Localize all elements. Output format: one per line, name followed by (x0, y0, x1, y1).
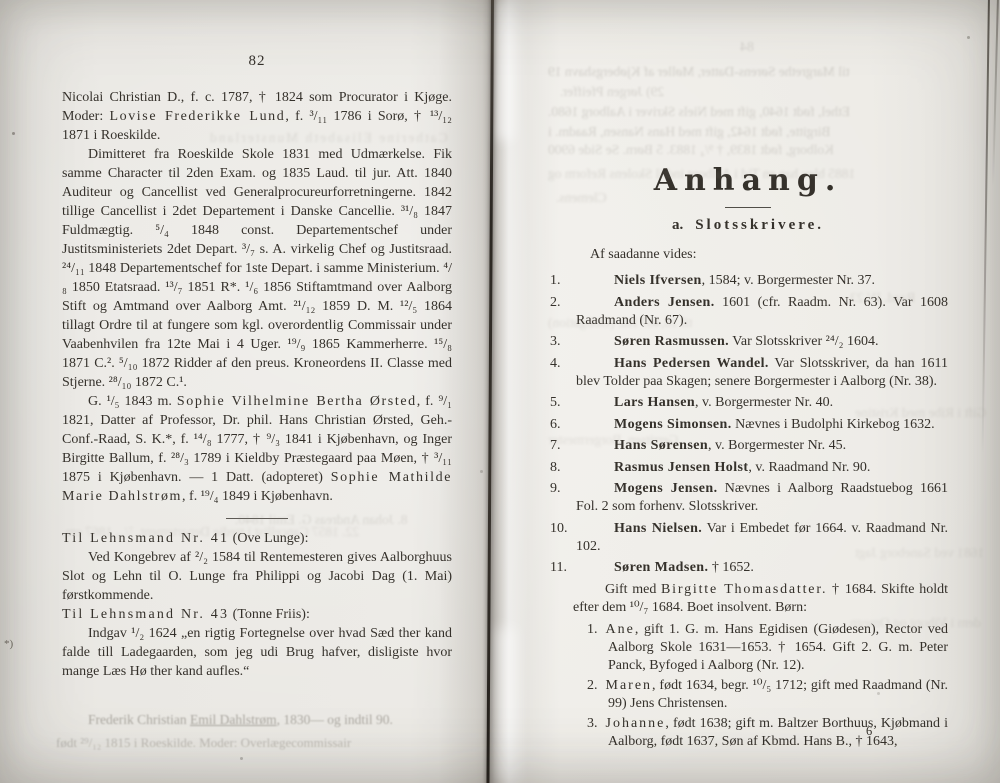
bleed-through-line: Kolborg, født 1839, † ⁹/₄ 1883. 5 Børn. … (548, 142, 834, 158)
item-name: Hans Pedersen Wandel. (614, 356, 769, 371)
item-name: Niels Ifversen (614, 273, 702, 288)
paragraph-text: , f. ¹⁹/₄ 1849 i Kjøbenhavn. (182, 489, 333, 504)
entry-11-detail: Gift med Birgitte Thomasdatter. † 1684. … (548, 581, 948, 617)
list-item: 3.Søren Rasmussen. Var Slotsskriver ²⁴/₂… (548, 333, 948, 351)
subheading-label: a. (672, 217, 683, 233)
item-text: , 1584; v. Borgermester Nr. 37. (702, 273, 875, 288)
subheading-text: Slotsskrivere. (695, 217, 824, 233)
heading-spaced-text: Til Lehnsmand Nr. 41 (62, 531, 229, 546)
title-rule (725, 207, 771, 208)
heading-spaced-text: Til Lehnsmand Nr. 43 (62, 607, 229, 622)
item-number: 8. (550, 459, 561, 477)
list-item: 11.Søren Madsen. † 1652. (548, 559, 948, 577)
sub-list-item: 1.Ane, gift 1. G. m. Hans Egidisen (Giød… (548, 621, 948, 675)
paragraph-career: Dimitteret fra Roeskilde Skole 1831 med … (62, 145, 452, 392)
item-name: Hans Nielsen. (614, 521, 702, 536)
page-edge-line (982, 0, 990, 454)
gutter-highlight-bottom (497, 628, 515, 783)
gutter-highlight-top (497, 0, 513, 140)
person-name: Sophie Vilhelmine Bertha Ørsted (177, 394, 417, 409)
list-item: 5.Lars Hansen, v. Borgermester Nr. 40. (548, 394, 948, 412)
item-name: Mogens Simonsen. (614, 417, 732, 432)
item-number: 7. (550, 437, 561, 455)
item-name: Hans Sørensen (614, 438, 708, 453)
item-name: Rasmus Jensen Holst (614, 460, 748, 475)
page-edge-line-2 (992, 0, 999, 186)
list-item: 8.Rasmus Jensen Holst, v. Raadmand Nr. 9… (548, 459, 948, 477)
item-name: Mogens Jensen. (614, 481, 717, 496)
chapter-title: Anhang. (548, 163, 948, 199)
sub-list-item: 3.Johanne, født 1638; gift m. Baltzer Bo… (548, 715, 948, 751)
person-name: Birgitte Thomasdatter. (661, 582, 827, 597)
item-number: 5. (550, 394, 561, 412)
item-number: 6. (550, 416, 561, 434)
heading-rest-text: (Ove Lunge): (229, 531, 308, 546)
item-name: Søren Madsen. (614, 560, 708, 575)
section-body-lehnsmand-43: Indgav ¹/₂ 1624 „en rigtig Fortegnelse o… (62, 624, 452, 681)
section-heading-lehnsmand-41: Til Lehnsmand Nr. 41 (Ove Lunge): (62, 529, 452, 548)
item-text: , v. Borgermester Nr. 45. (708, 438, 846, 453)
section-divider-rule (226, 518, 288, 519)
item-name: Søren Rasmussen. (614, 334, 729, 349)
item-number: 3. (587, 716, 598, 731)
paragraph-marriage: G. ¹/₅ 1843 m. Sophie Vilhelmine Bertha … (62, 392, 452, 506)
bleed-through-line: til Margrethe Sørens-Datter, Møller af K… (548, 64, 850, 80)
bleed-through-line: 29) Jørgen Pfeiffer. (560, 84, 664, 100)
item-number: 11. (550, 559, 567, 577)
section-heading-lehnsmand-43: Til Lehnsmand Nr. 43 (Tonne Friis): (62, 605, 452, 624)
margin-mark: *) (4, 638, 13, 650)
book-scan: 82 Nicolai Christian D., f. c. 1787, † 1… (0, 0, 1000, 783)
section-subheading: a.Slotsskrivere. (548, 216, 948, 234)
list-item: 2.Anders Jensen. 1601 (cfr. Raadm. Nr. 6… (548, 294, 948, 330)
signature-number: 6 (866, 724, 872, 739)
item-text: , v. Raadmand Nr. 90. (748, 460, 870, 475)
item-number: 1. (550, 272, 561, 290)
item-name: Ane (606, 622, 635, 637)
item-text: Nævnes i Budolphi Kirkebog 1632. (732, 417, 935, 432)
item-number: 3. (550, 333, 561, 351)
bleed-through-line: født ²⁹/₁₂ 1815 i Roeskilde. Moder: Over… (56, 735, 351, 751)
paragraph-nicolai: Nicolai Christian D., f. c. 1787, † 1824… (62, 88, 452, 145)
item-number: 2. (587, 678, 598, 693)
item-number: 2. (550, 294, 561, 312)
item-text: , gift 1. G. m. Hans Egidisen (Giødesen)… (608, 622, 948, 673)
section-body-lehnsmand-41: Ved Kongebrev af ²/₂ 1584 til Rentemeste… (62, 548, 452, 605)
right-page: Anhang. a.Slotsskrivere. Af saadanne vid… (548, 163, 948, 753)
item-name: Maren (606, 678, 653, 693)
list-item: 7.Hans Sørensen, v. Borgermester Nr. 45. (548, 437, 948, 455)
bleed-through-line: Birgitte, født 1642, gift med Hans Nanse… (548, 124, 830, 140)
item-name: Johanne (606, 716, 666, 731)
detail-text: Gift med (605, 582, 661, 597)
item-text: , født 1634, begr. ¹⁰/₅ 1712; gift med R… (608, 678, 948, 711)
list-item: 9.Mogens Jensen. Nævnes i Aalborg Raadst… (548, 480, 948, 516)
item-name: Lars Hansen (614, 395, 695, 410)
item-number: 4. (550, 355, 561, 373)
item-name: Anders Jensen. (614, 295, 715, 310)
item-text: † 1652. (708, 560, 754, 575)
list-intro: Af saadanne vides: (590, 246, 948, 264)
heading-rest-text: (Tonne Friis): (229, 607, 310, 622)
bleed-text: Frederik Christian (88, 712, 190, 727)
gutter-shadow (438, 0, 554, 783)
list-item: 6.Mogens Simonsen. Nævnes i Budolphi Kir… (548, 416, 948, 434)
list-item: 1.Niels Ifversen, 1584; v. Borgermester … (548, 272, 948, 290)
sub-list-item: 2.Maren, født 1634, begr. ¹⁰/₅ 1712; gif… (548, 677, 948, 713)
item-text: Var Slotsskriver ²⁴/₂ 1604. (729, 334, 878, 349)
item-number: 1. (587, 622, 598, 637)
bleed-underlined-text: Emil Dahlstrøm (190, 712, 277, 727)
item-number: 9. (550, 480, 561, 498)
item-text: , v. Borgermester Nr. 40. (695, 395, 833, 410)
bleed-through-line: Frederik Christian Emil Dahlstrøm, 1830—… (88, 712, 393, 728)
bleed-text: , 1830— og indtil 90. (277, 712, 393, 727)
paragraph-text: G. ¹/₅ 1843 m. (88, 394, 177, 409)
list-item: 4.Hans Pedersen Wandel. Var Slotsskriver… (548, 355, 948, 391)
left-page-number: 82 (62, 52, 452, 71)
item-number: 10. (550, 520, 568, 538)
left-page: 82 Nicolai Christian D., f. c. 1787, † 1… (62, 52, 452, 681)
bleed-through-line: Ethel, født 1640, gift med Niels Skriver… (548, 104, 850, 120)
person-name: Lovise Frederikke Lund (109, 109, 285, 124)
paper-specks (12, 132, 15, 135)
list-item: 10.Hans Nielsen. Var i Embedet før 1664.… (548, 520, 948, 556)
bleed-through-page-number: 84 (740, 40, 754, 56)
